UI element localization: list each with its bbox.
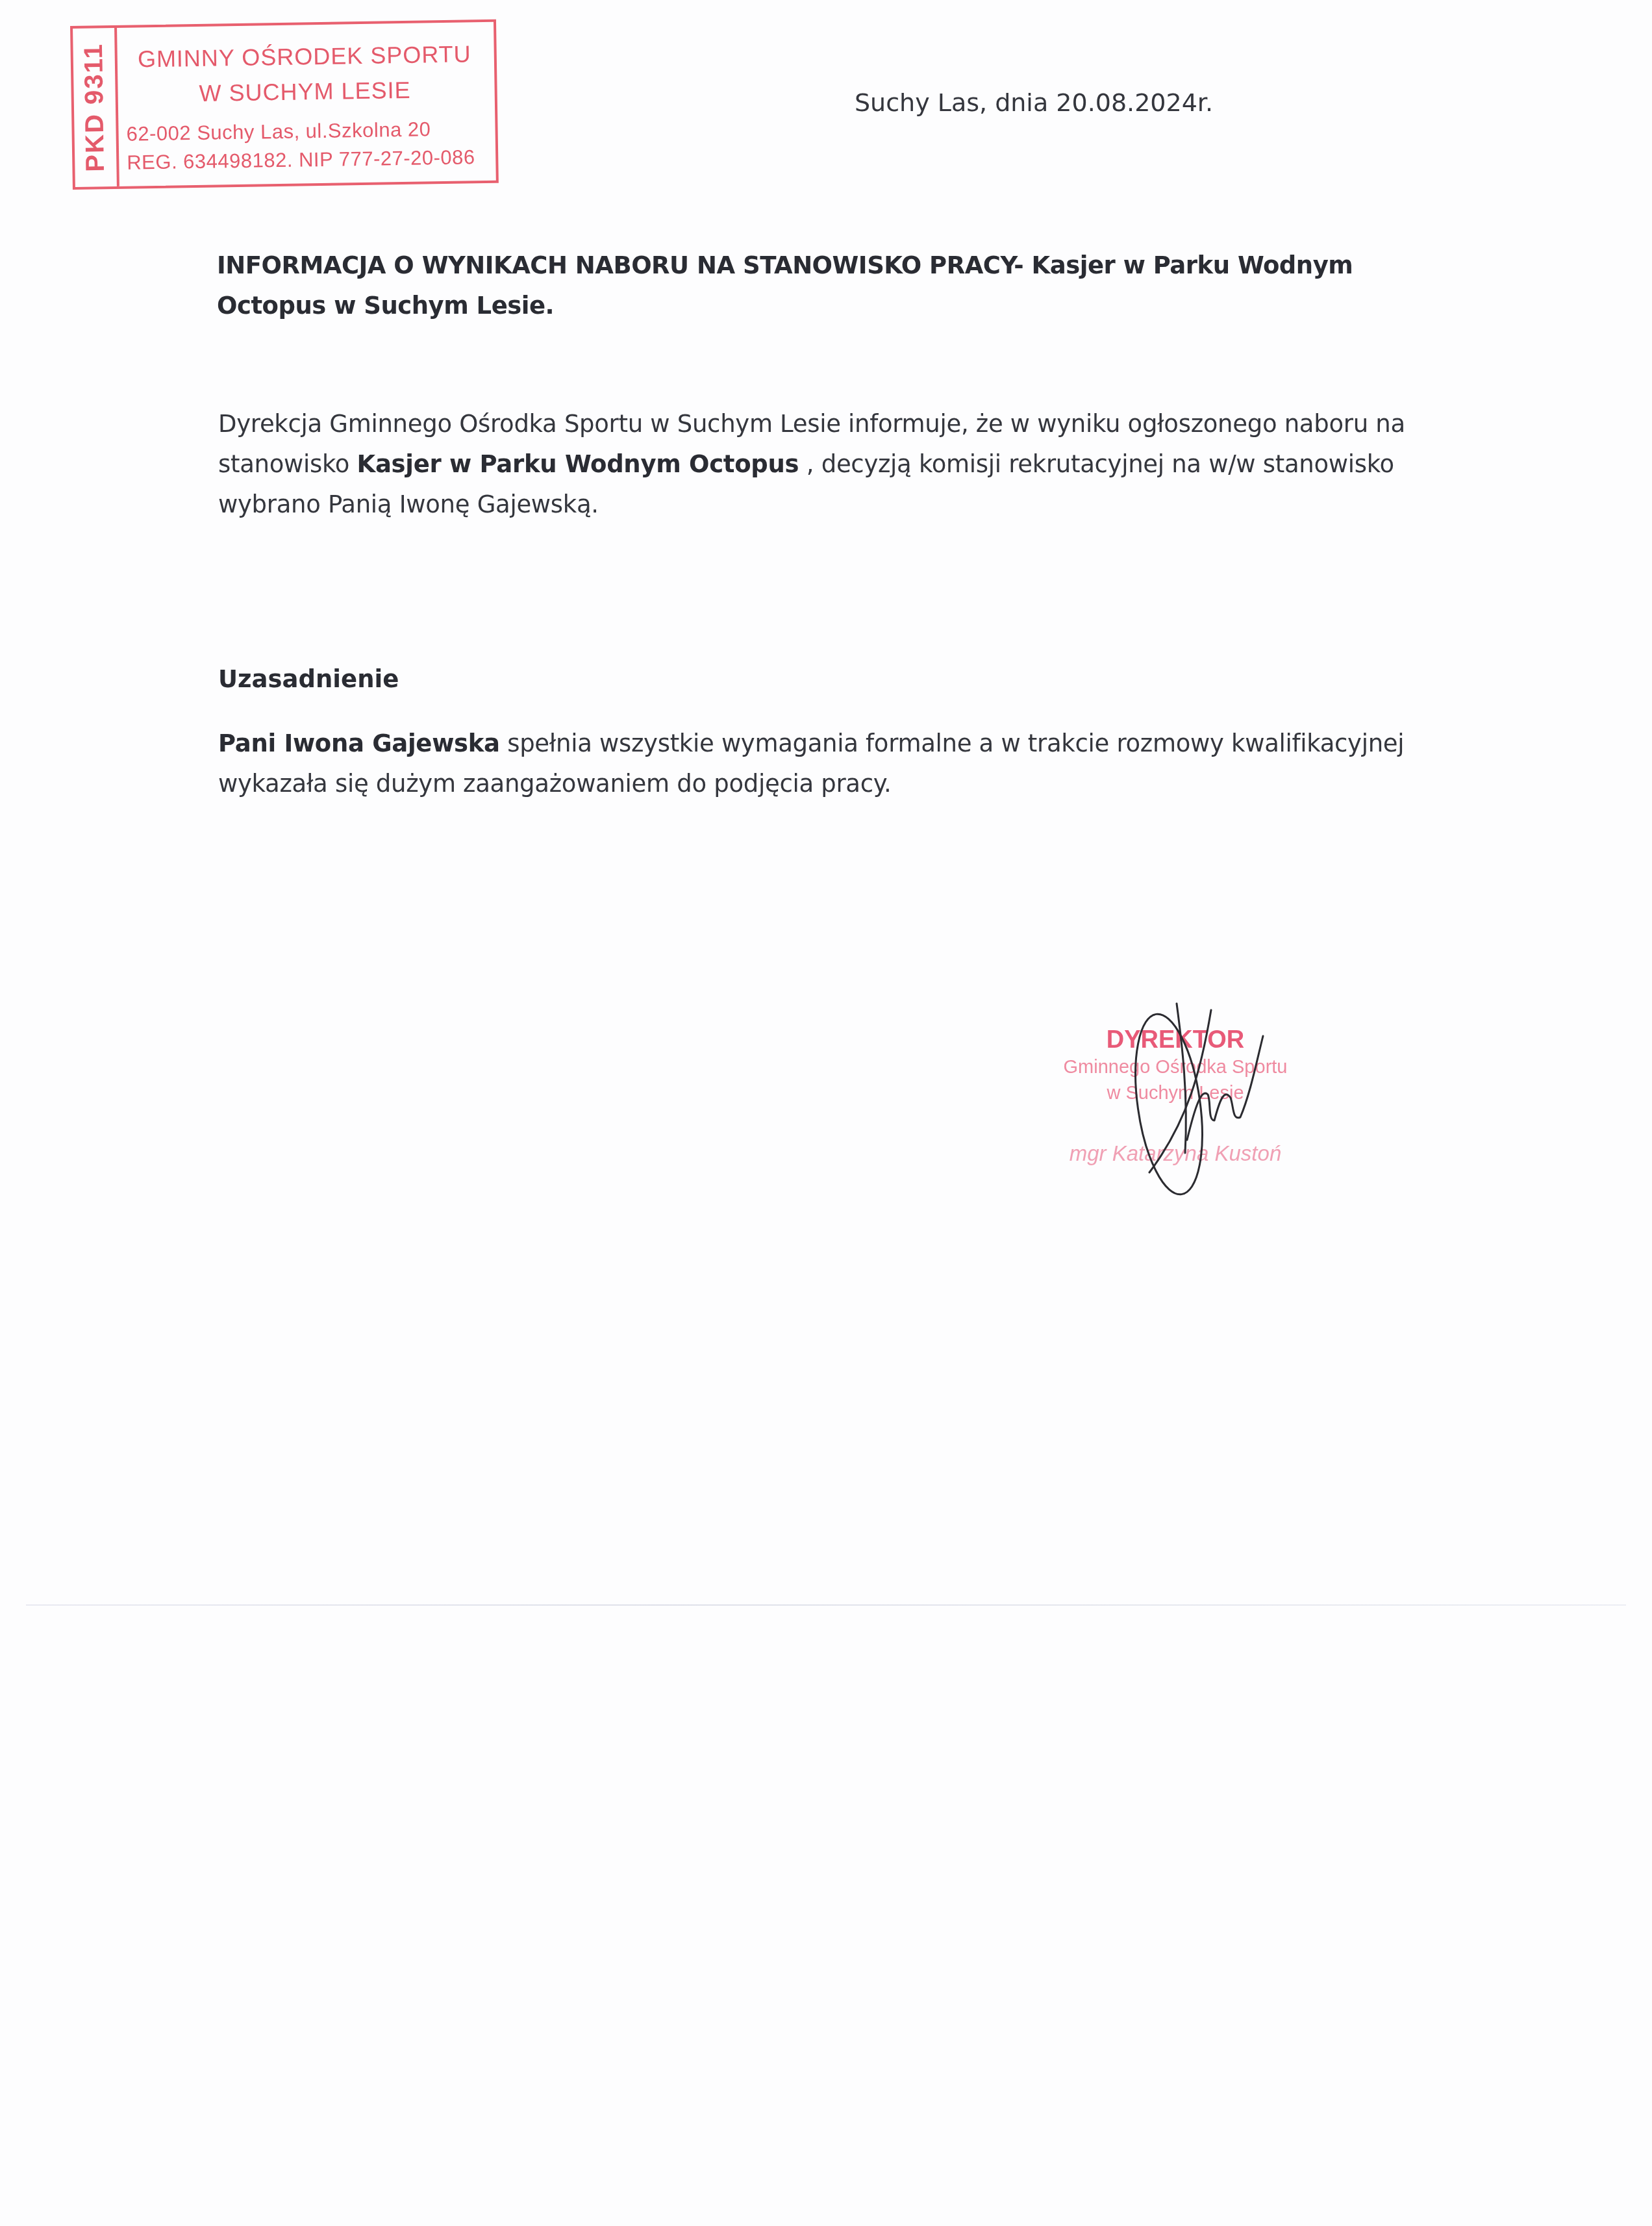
justification-heading: Uzasadnienie bbox=[218, 665, 399, 693]
scan-artifact-line bbox=[26, 1604, 1626, 1606]
stamp-pkd-code: PKD 9311 bbox=[79, 43, 110, 172]
justification-paragraph: Pani Iwona Gajewska spełnia wszystkie wy… bbox=[218, 724, 1452, 804]
stamp-address: 62-002 Suchy Las, ul.Szkolna 20 bbox=[126, 118, 431, 145]
stamp-name-line2: W SUCHYM LESIE bbox=[115, 75, 495, 108]
document-title: INFORMACJA O WYNIKACH NABORU NA STANOWIS… bbox=[217, 246, 1451, 326]
candidate-name: Pani Iwona Gajewska bbox=[218, 729, 500, 757]
handwritten-signature-icon bbox=[1104, 991, 1312, 1198]
position-name: Kasjer w Parku Wodnym Octopus bbox=[357, 450, 799, 478]
announcement-paragraph: Dyrekcja Gminnego Ośrodka Sportu w Suchy… bbox=[218, 404, 1452, 525]
document-page: PKD 9311 GMINNY OŚRODEK SPORTU W SUCHYM … bbox=[0, 0, 1652, 2226]
stamp-registry: REG. 634498182. NIP 777-27-20-086 bbox=[127, 145, 475, 174]
place-and-date: Suchy Las, dnia 20.08.2024r. bbox=[855, 88, 1213, 117]
company-stamp: PKD 9311 GMINNY OŚRODEK SPORTU W SUCHYM … bbox=[70, 19, 499, 190]
stamp-side-panel: PKD 9311 bbox=[73, 28, 119, 187]
stamp-name-line1: GMINNY OŚRODEK SPORTU bbox=[114, 40, 494, 73]
